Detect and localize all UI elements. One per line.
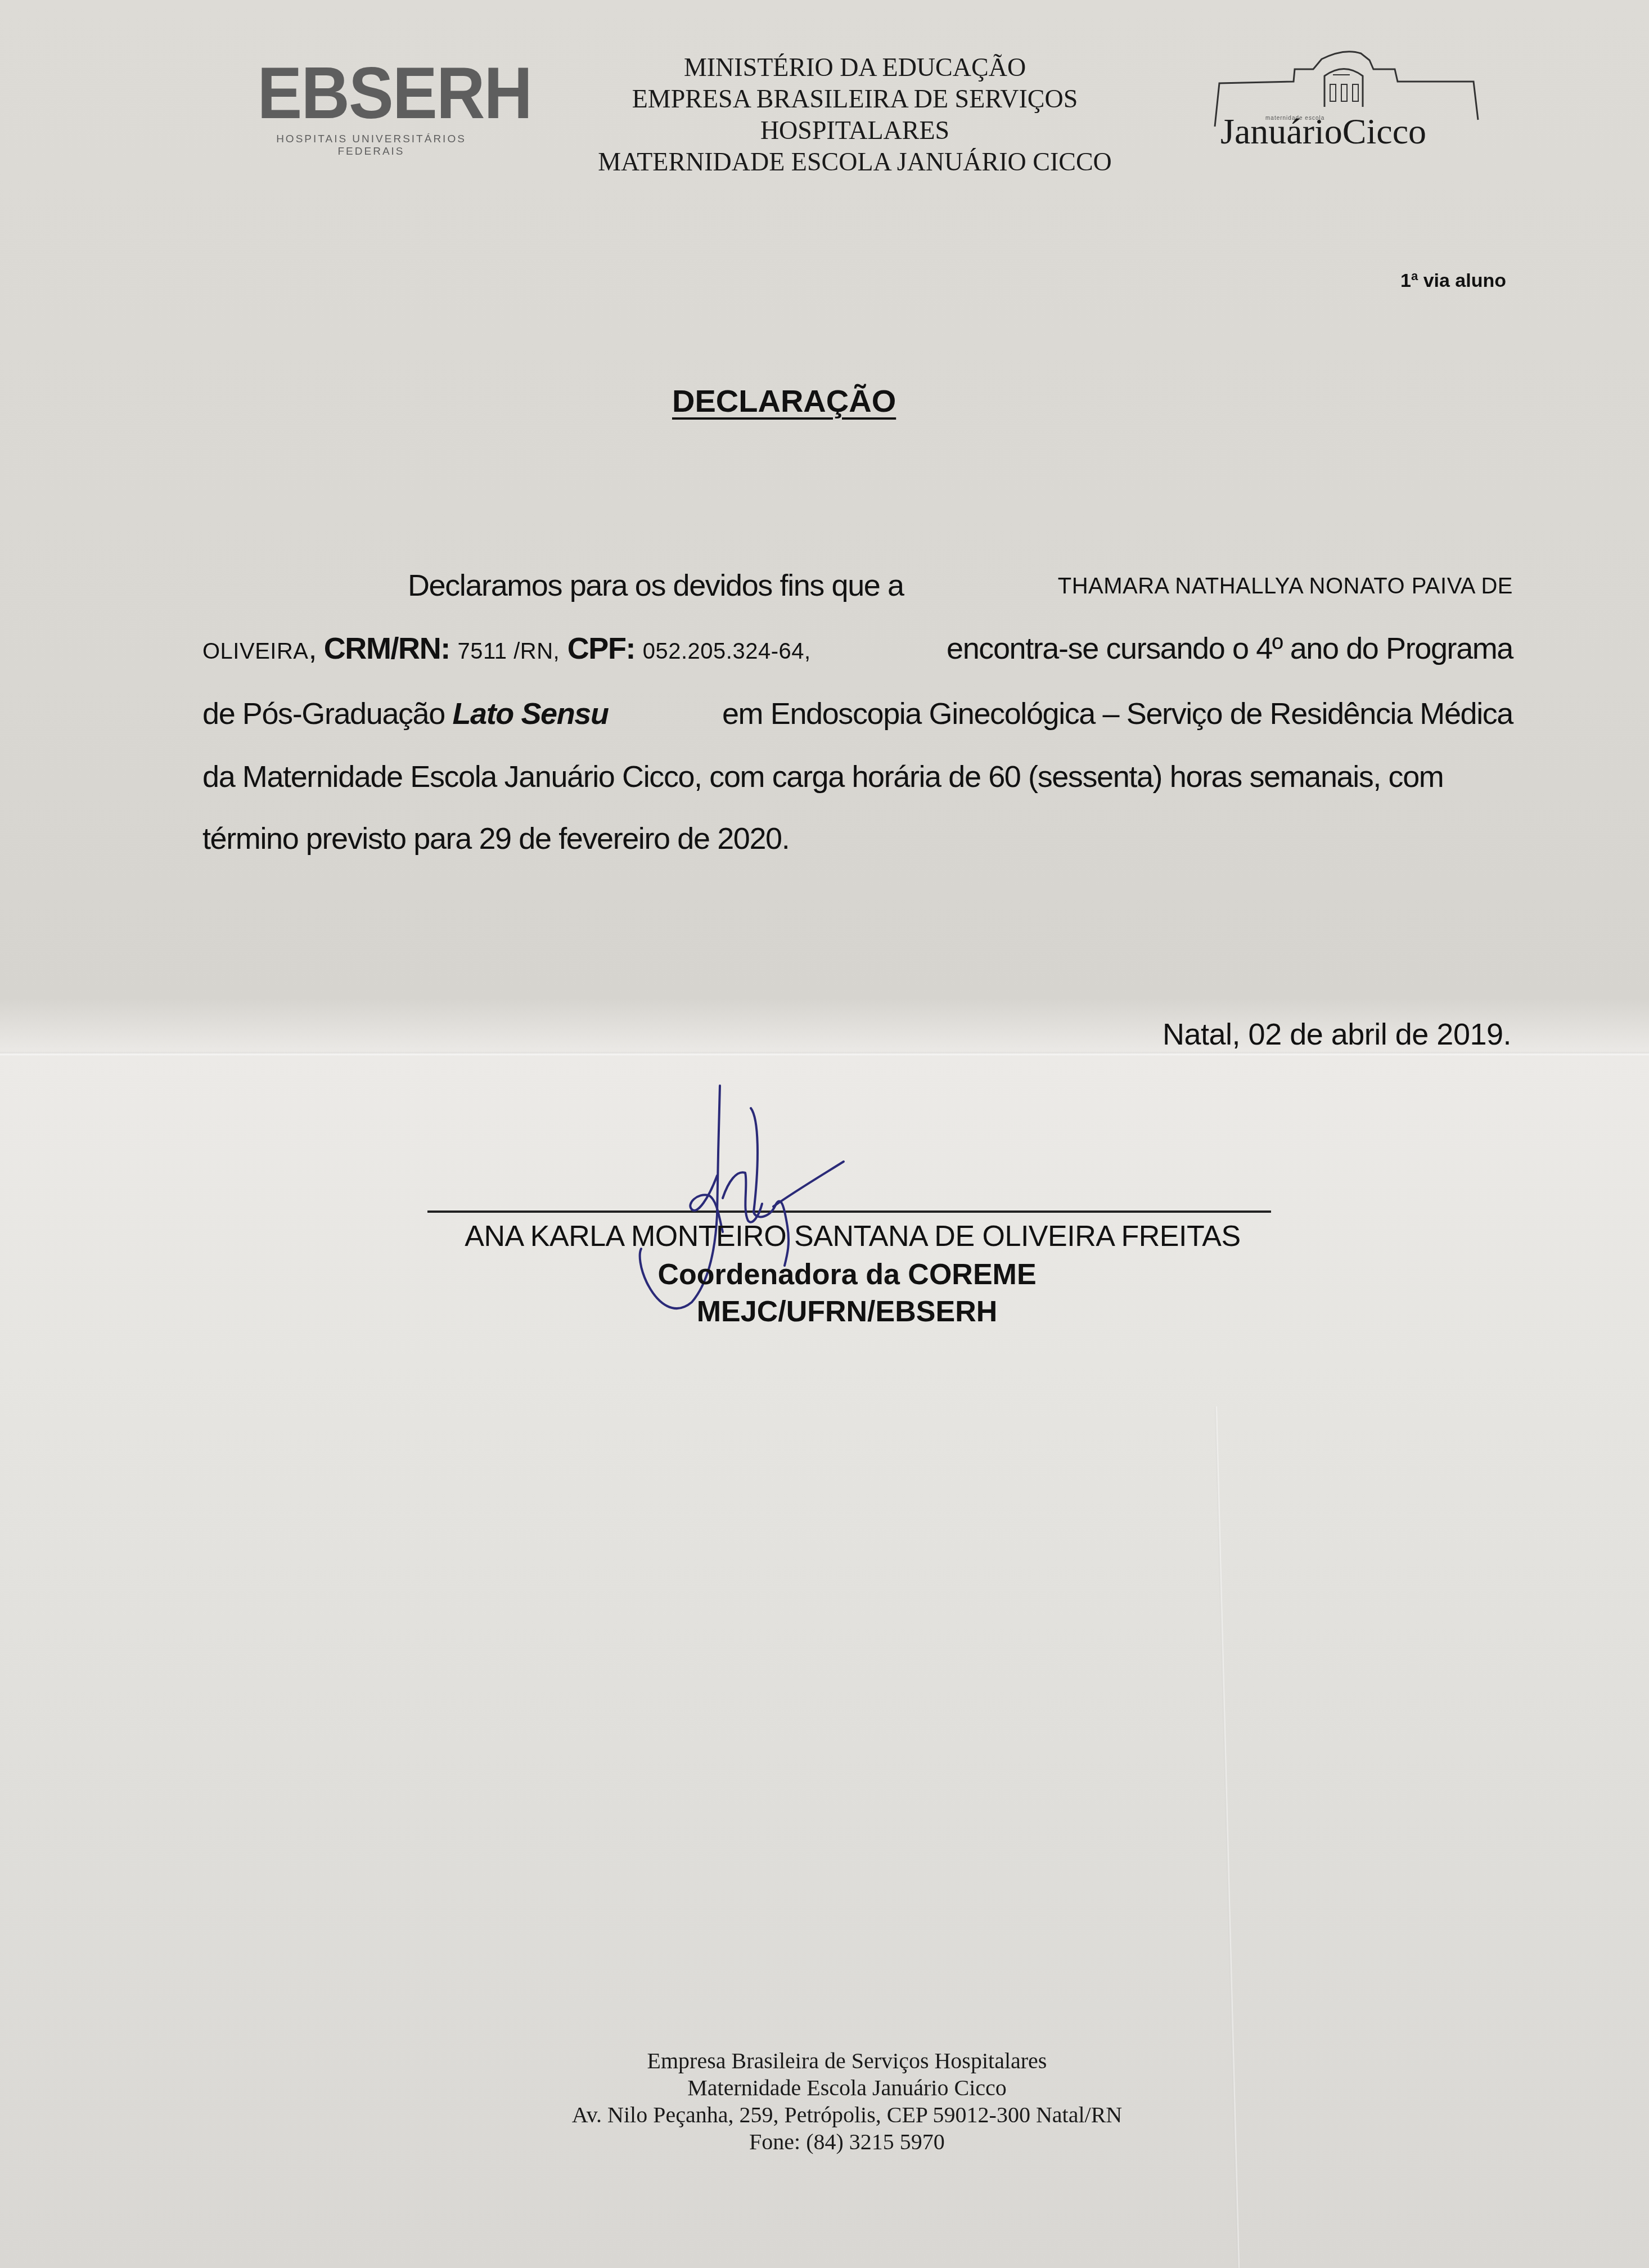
place-and-date: Natal, 02 de abril de 2019. (1163, 1017, 1511, 1052)
copy-label: 1a via aluno (1400, 269, 1506, 292)
letterhead-institution: MINISTÉRIO DA EDUCAÇÃO EMPRESA BRASILEIR… (540, 52, 1170, 178)
body-intro: Declaramos para os devidos fins que a (408, 568, 904, 603)
copy-label-text: via aluno (1423, 270, 1506, 291)
crm-label: CRM/RN: (324, 632, 450, 665)
document-title: DECLARAÇÃO (672, 382, 896, 419)
body-line-4: da Maternidade Escola Januário Cicco, co… (202, 759, 1513, 794)
footer-line: Fone: (84) 3215 5970 (45, 2128, 1649, 2155)
paper-fold-horizontal (0, 1052, 1649, 1055)
body-line-3-pre: de Pós-Graduação (202, 697, 445, 731)
signatory-name: ANA KARLA MONTEIRO SANTANA DE OLIVEIRA F… (0, 1219, 1649, 1253)
body-line-1: Declaramos para os devidos fins que a TH… (202, 568, 1513, 603)
letterhead-line: MINISTÉRIO DA EDUCAÇÃO (540, 52, 1170, 83)
copy-label-ordinal: a (1411, 269, 1418, 283)
lato-sensu-emphasis: Lato Sensu (453, 697, 609, 731)
januario-cicco-logo: maternidade escola JanuárioCicco (1209, 42, 1502, 155)
cpf-value: 052.205.324-64, (643, 639, 811, 664)
body-line-2-text: encontra-se cursando o 4º ano do Program… (947, 631, 1513, 666)
ebserh-logo-name: EBSERH (258, 59, 485, 127)
signatory-role: Coordenadora da COREME (0, 1258, 1649, 1291)
ebserh-logo-tagline: HOSPITAIS UNIVERSITÁRIOS FEDERAIS (247, 133, 495, 158)
body-line-3-post: em Endoscopia Ginecológica – Serviço de … (722, 696, 1513, 731)
student-name-cont: OLIVEIRA (202, 639, 309, 664)
copy-label-number: 1 (1400, 270, 1411, 291)
body-line-3: de Pós-Graduação Lato Sensu em Endoscopi… (202, 696, 1513, 731)
ebserh-logo: EBSERH HOSPITAIS UNIVERSITÁRIOS FEDERAIS (247, 59, 495, 158)
footer-address: Empresa Brasileira de Serviços Hospitala… (0, 2047, 1649, 2155)
body-line-4-text: da Maternidade Escola Januário Cicco, co… (202, 760, 1443, 794)
body-line-5: término previsto para 29 de fevereiro de… (202, 821, 1513, 856)
cpf-label: CPF: (567, 632, 635, 665)
footer-line: Maternidade Escola Januário Cicco (45, 2074, 1649, 2101)
body-line-2: OLIVEIRA, CRM/RN: 7511 /RN, CPF: 052.205… (202, 631, 1513, 666)
letterhead-line: MATERNIDADE ESCOLA JANUÁRIO CICCO (540, 146, 1170, 178)
signatory-organization: MEJC/UFRN/EBSERH (0, 1295, 1649, 1329)
letterhead-line: EMPRESA BRASILEIRA DE SERVIÇOS (540, 83, 1170, 115)
student-name: THAMARA NATHALLYA NONATO PAIVA DE (1058, 574, 1513, 603)
footer-line: Empresa Brasileira de Serviços Hospitala… (45, 2047, 1649, 2074)
body-line-5-text: término previsto para 29 de fevereiro de… (202, 822, 789, 856)
footer-line: Av. Nilo Peçanha, 259, Petrópolis, CEP 5… (45, 2101, 1649, 2128)
crm-value: 7511 /RN, (458, 639, 560, 664)
letterhead-line: HOSPITALARES (540, 115, 1170, 146)
januario-cicco-logo-name: JanuárioCicco (1220, 111, 1426, 152)
